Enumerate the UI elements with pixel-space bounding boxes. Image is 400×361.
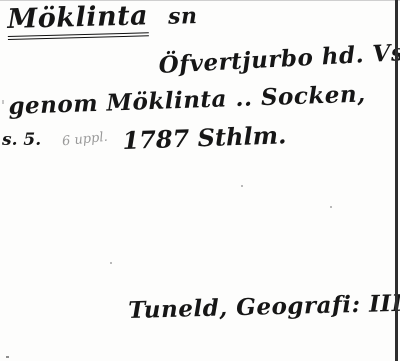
edition-note-pencil: 6 uppl.: [61, 130, 108, 150]
paper-speck: [2, 100, 4, 104]
source-citation: Tuneld, Geografi: III.: [128, 290, 400, 324]
genom-line: genom Möklinta .. Socken,: [8, 81, 366, 120]
paper-speck: [6, 356, 9, 358]
year-and-place: 1787 Sthlm.: [122, 120, 287, 155]
harad-line: Öfvertjurbo hd. Vstm.: [158, 37, 400, 79]
paper-speck: [241, 185, 243, 187]
reference-line: s. 5. 6 uppl. 1787 Sthlm.: [0, 126, 400, 162]
scan-top-edge: [0, 0, 400, 1]
paper-speck: [330, 206, 332, 208]
paper-speck: [110, 262, 112, 264]
heading-place-name: Möklinta: [7, 0, 149, 40]
archive-card: Möklinta sn Öfvertjurbo hd. Vstm. genom …: [0, 0, 400, 361]
card-heading: Möklinta sn: [7, 0, 198, 40]
page-reference: s. 5.: [2, 130, 41, 150]
scan-right-edge: [395, 0, 398, 361]
heading-district-abbr: sn: [168, 3, 198, 30]
